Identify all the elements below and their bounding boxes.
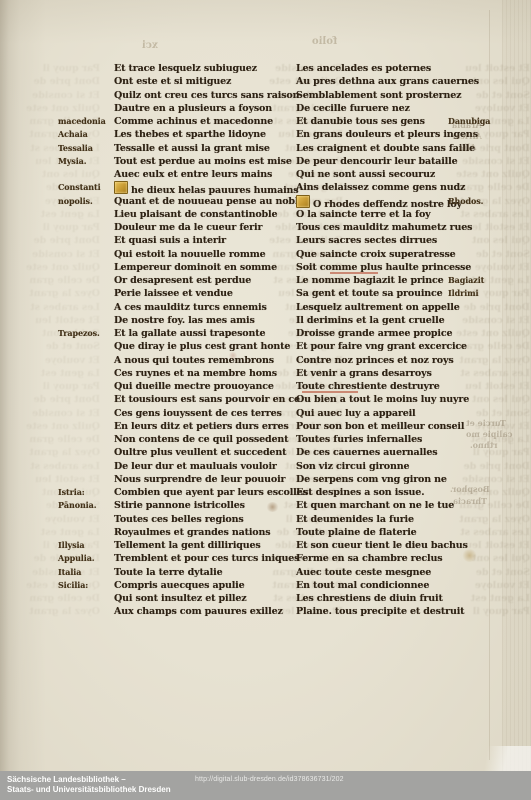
verse-line: Que saincte croix superatresse — [296, 248, 479, 261]
margin-note: Tessalia — [58, 143, 93, 153]
verse-line: Ont este et si mitiguez — [114, 75, 308, 88]
verse-line: Qui sont insultez et pillez — [114, 592, 308, 605]
verse-line: Quilz ont creu ces turcs sans raison — [114, 89, 308, 102]
verse-line: De peur dencourir leur bataille — [296, 155, 479, 168]
verse-line: Les chrestiens de diuin fruit — [296, 592, 479, 605]
verse-line: Les craignent et doubte sans faille — [296, 142, 479, 155]
margin-note: Istria: — [58, 487, 85, 497]
footer-bar: Sächsische Landesbibliothek – Staats- un… — [0, 771, 531, 800]
verse-line: Pour son bon et meilleur conseil — [296, 420, 479, 433]
verse-line: Toute chrestiente destruyre — [296, 380, 479, 393]
verse-line: Or desapresent est perdue — [114, 274, 308, 287]
verse-line: Et quen marchant on ne le tue — [296, 499, 479, 512]
scanned-manuscript-page: xci folio Et si consideQuilz ont esteDe … — [0, 0, 531, 800]
margin-note: Bagiazit — [448, 275, 484, 285]
verse-line: Perie laissee et vendue — [114, 287, 308, 300]
library-name-line1: Sächsische Landesbibliothek – — [7, 775, 171, 785]
verse-line: Les ancelades es poternes — [296, 62, 479, 75]
source-url: http://digital.slub-dresden.de/id3786367… — [195, 776, 344, 783]
verse-line: Ains delaissez comme gens nudz — [296, 181, 479, 194]
margin-note: Trapezos. — [58, 328, 100, 338]
verse-line: Dautre en a plusieurs a foyson — [114, 102, 308, 115]
library-name: Sächsische Landesbibliothek – Staats- un… — [7, 775, 171, 795]
verse-line: Son viz circui gironne — [296, 460, 479, 473]
verse-line: De cecille furuere nez — [296, 102, 479, 115]
margin-note: Pānonia. — [58, 500, 96, 510]
verse-line: Et trace lesquelz subiuguez — [114, 62, 308, 75]
verse-line: Droisse grande armee propice — [296, 327, 479, 340]
margin-note: Danubiga — [448, 116, 490, 126]
margin-note: Ildrimi — [448, 288, 478, 298]
verse-line: Ces ruynes et na membre homs — [114, 367, 308, 380]
margin-note: Appulia. — [58, 553, 94, 563]
verse-line: Et deumenides la furie — [296, 513, 479, 526]
verse-column-left: Et trace lesquelz subiuguezOnt este et s… — [114, 62, 308, 619]
page-corner-highlight — [468, 746, 531, 771]
verse-line: En grans douleurs et pleurs ingens — [296, 128, 479, 141]
margin-note: Constanti — [58, 182, 101, 192]
verse-line: Au pres dethna aux grans cauernes — [296, 75, 479, 88]
verse-line: Ferme en sa chambre reclus — [296, 552, 479, 565]
verse-line: Qui estoit la nouuelle romme — [114, 248, 308, 261]
verse-line: Et quasi suis a interir — [114, 234, 308, 247]
verse-line: Douleur me da le cueur ferir — [114, 221, 308, 234]
verse-line: De serpens com vng giron ne — [296, 473, 479, 486]
verse-line: Que diray ie plus cest grant honte — [114, 340, 308, 353]
verse-line: Ces gens iouyssent de ces terres — [114, 407, 308, 420]
verse-line: Compris auecques apulie — [114, 579, 308, 592]
verse-line: Tellement la gent dilliriques — [114, 539, 308, 552]
verse-line: he dieux helas pauures humains — [114, 181, 308, 194]
verse-line: Aux champs com pauures exillez — [114, 605, 308, 618]
margin-note: nopolis. — [58, 196, 93, 206]
illuminated-initial — [296, 195, 310, 208]
verse-line: De leur dur et mauluais vouloir — [114, 460, 308, 473]
paper-top-shading — [0, 0, 531, 44]
verse-line: Stirie pannone istricolles — [114, 499, 308, 512]
verse-line: Plaine. tous precipite et destruit — [296, 605, 479, 618]
verse-line: Toutes ces belles regions — [114, 513, 308, 526]
verse-line: Semblablement sont prosternez — [296, 89, 479, 102]
verse-line: Est despines a son issue. — [296, 486, 479, 499]
verse-line: Toute plaine de flaterie — [296, 526, 479, 539]
verse-line: Les thebes et sparthe lidoyne — [114, 128, 308, 141]
verse-line: Non contens de ce quil possedent — [114, 433, 308, 446]
verse-line: Comme achinus et macedonne — [114, 115, 308, 128]
margin-note: Illysia — [58, 540, 85, 550]
book-gutter-shadow — [0, 0, 46, 771]
verse-line: Qui dueille mectre prouoyance — [114, 380, 308, 393]
verse-line: Auec eulx et entre leurs mains — [114, 168, 308, 181]
margin-note: Rhodos. — [448, 196, 483, 206]
verse-line: Et pour faire vng grant excercice — [296, 340, 479, 353]
verse-column-right: Les ancelades es poternesAu pres dethna … — [296, 62, 479, 619]
margin-note: Mysia. — [58, 156, 86, 166]
verse-line: Leurs sacres sectes dirrues — [296, 234, 479, 247]
verse-line: Qui auec luy a appareil — [296, 407, 479, 420]
verse-line: En tout mal condicionnee — [296, 579, 479, 592]
verse-line: Lesquelz aultrement on appelle — [296, 301, 479, 314]
margin-note: macedonia — [58, 116, 106, 126]
verse-line: En leurs ditz et petiers durs erres — [114, 420, 308, 433]
verse-line: Ou bien a tout le moins luy nuyre — [296, 393, 479, 406]
verse-line: Et tousiours est sans pourvoir en ce — [114, 393, 308, 406]
verse-line: Et son cueur tient le dieu bachus — [296, 539, 479, 552]
verse-line: Auec toute ceste mesgnee — [296, 566, 479, 579]
verse-line: Tremblent et pour ces turcs iniques — [114, 552, 308, 565]
verse-line: Et la gallate aussi trapesonte — [114, 327, 308, 340]
verse-line: Soit comme plus haulte princesse — [296, 261, 479, 274]
verse-line: Nous surprendre de leur pouuoir — [114, 473, 308, 486]
verse-line: Royaulmes et grandes nations — [114, 526, 308, 539]
margin-note: Italia — [58, 567, 81, 577]
verse-line: Toute la terre dytalie — [114, 566, 308, 579]
verse-line: Quant et de nouueau pense au noble — [114, 195, 308, 208]
margin-note: Sicilia: — [58, 580, 88, 590]
illuminated-initial — [114, 181, 128, 194]
verse-line: Il derimins et la gent cruelle — [296, 314, 479, 327]
library-name-line2: Staats- und Universitätsbibliothek Dresd… — [7, 785, 171, 795]
verse-line: Tous ces maulditz mahumetz rues — [296, 221, 479, 234]
verse-line: Combien que ayent par leurs escolles — [114, 486, 308, 499]
verse-line: Contre noz princes et noz roys — [296, 354, 479, 367]
verse-line: Qui ne sont aussi secouruz — [296, 168, 479, 181]
verse-line: Tessalle et aussi la grant mise — [114, 142, 308, 155]
page-stack-edge — [502, 0, 531, 771]
verse-line: A nous qui toutes remembrons — [114, 354, 308, 367]
verse-line: Tout est perdue au moins est mise — [114, 155, 308, 168]
verse-line: De nostre foy. las mes amis — [114, 314, 308, 327]
verse-line: Toutes furies infernalles — [296, 433, 479, 446]
verse-line: A ces maulditz turcs ennemis — [114, 301, 308, 314]
verse-line: Oultre plus veullent et succedent — [114, 446, 308, 459]
verse-line: Lieu plaisant de constantinoble — [114, 208, 308, 221]
margin-note: Achaia — [58, 129, 88, 139]
verse-line: Et venir a grans desarroys — [296, 367, 479, 380]
verse-line: De ces cauernes auernalles — [296, 446, 479, 459]
verse-line: Lempereur dominoit en somme — [114, 261, 308, 274]
